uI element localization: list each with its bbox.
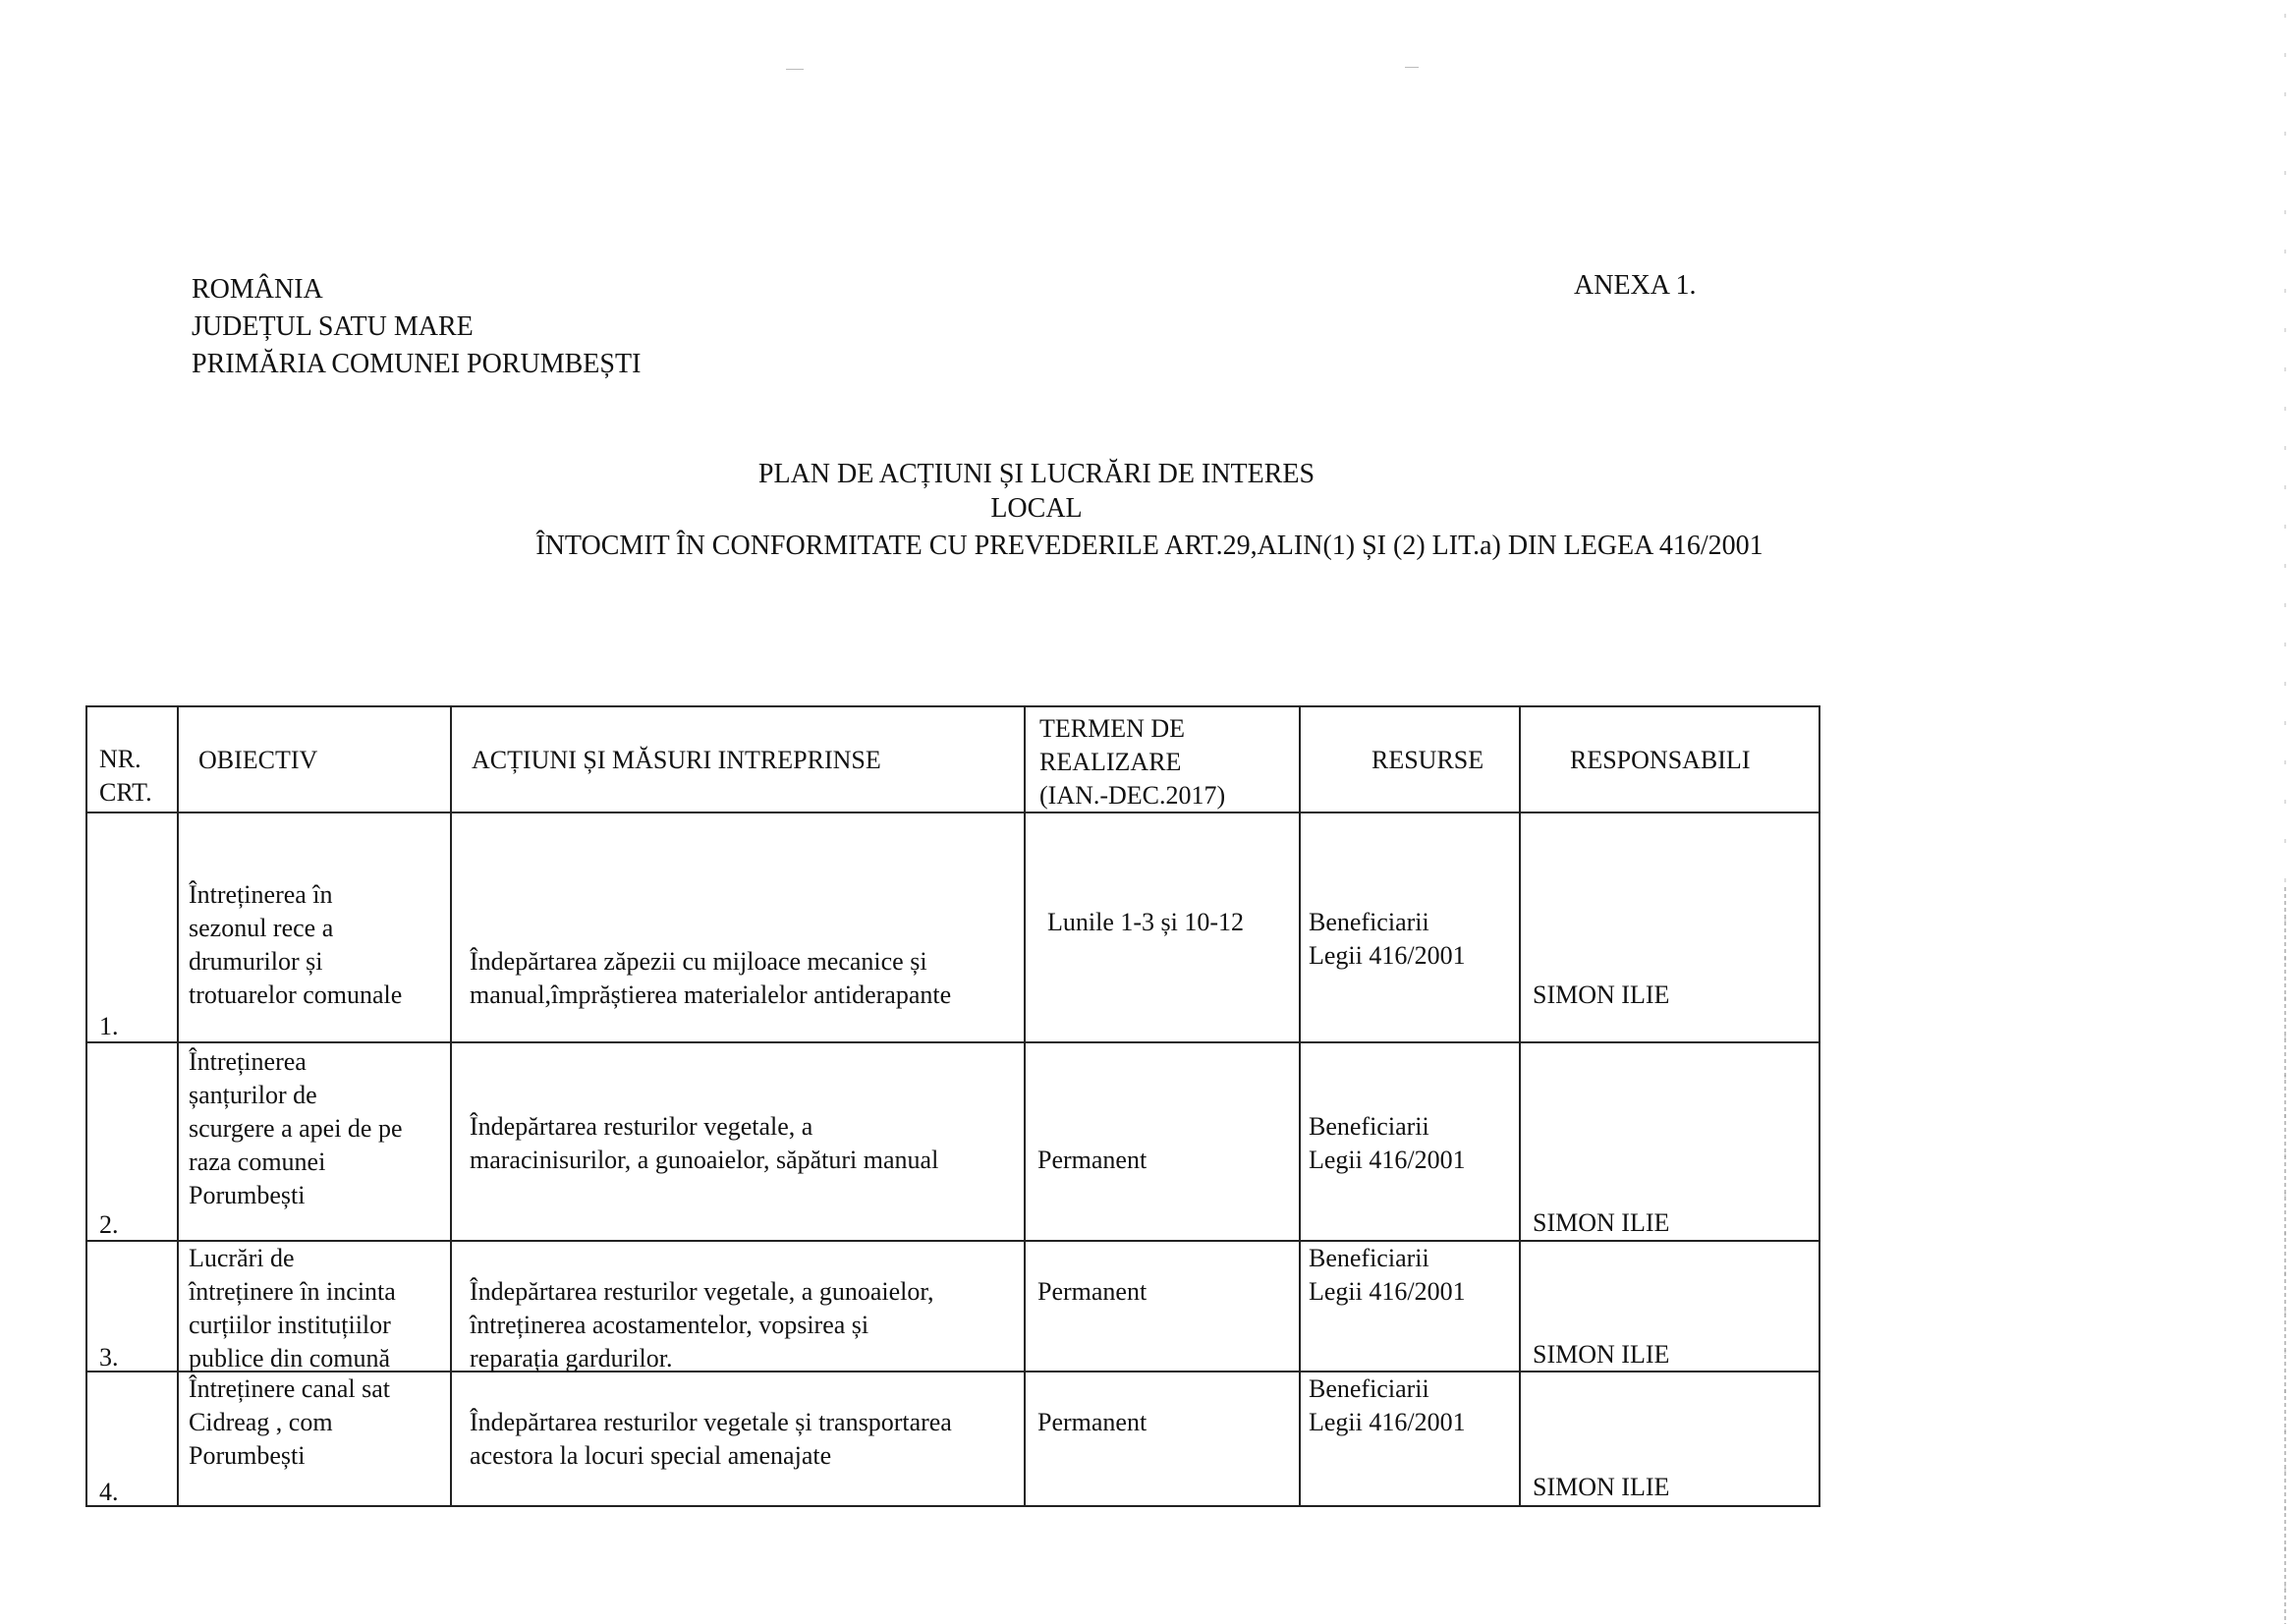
- column-header-text: TERMEN DE REALIZARE (IAN.-DEC.2017): [1039, 712, 1225, 812]
- responsible-text: SIMON ILIE: [1533, 1206, 1669, 1240]
- document-title-line1: PLAN DE ACȚIUNI ȘI LUCRĂRI DE INTERES: [648, 457, 1425, 492]
- objective-text: Întreținerea șanțurilor de scurgere a ap…: [189, 1045, 403, 1212]
- cell-objective: Întreținere canal sat Cidreag , com Poru…: [178, 1372, 451, 1506]
- resources-text: Beneficiarii Legii 416/2001: [1309, 1372, 1466, 1439]
- table-row: 2. Întreținerea șanțurilor de scurgere a…: [86, 1042, 1819, 1241]
- deadline-text: Permanent: [1037, 1406, 1147, 1439]
- scan-speck: [786, 69, 804, 70]
- column-header-text: NR. CRT.: [99, 743, 152, 810]
- row-number: 2.: [99, 1208, 119, 1242]
- resources-text: Beneficiarii Legii 416/2001: [1309, 906, 1466, 973]
- column-header-deadline: TERMEN DE REALIZARE (IAN.-DEC.2017): [1025, 706, 1300, 812]
- cell-nr: 3.: [86, 1241, 178, 1372]
- responsible-text: SIMON ILIE: [1533, 1471, 1669, 1504]
- objective-text: Întreținere canal sat Cidreag , com Poru…: [189, 1372, 390, 1473]
- deadline-text: Permanent: [1037, 1144, 1147, 1177]
- cell-resources: Beneficiarii Legii 416/2001: [1300, 1241, 1520, 1372]
- column-header-responsible: RESPONSABILI: [1520, 706, 1819, 812]
- annex-label: ANEXA 1.: [1574, 267, 1696, 305]
- resources-text: Beneficiarii Legii 416/2001: [1309, 1242, 1466, 1309]
- cell-actions: Îndepărtarea resturilor vegetale, a mara…: [451, 1042, 1025, 1241]
- table-row: 1. Întreținerea în sezonul rece a drumur…: [86, 812, 1819, 1042]
- table-row: 4. Întreținere canal sat Cidreag , com P…: [86, 1372, 1819, 1506]
- objective-text: Lucrări de întreținere în incinta curții…: [189, 1242, 396, 1375]
- responsible-text: SIMON ILIE: [1533, 979, 1669, 1012]
- cell-objective: Lucrări de întreținere în incinta curții…: [178, 1241, 451, 1372]
- column-header-text: ACȚIUNI ȘI MĂSURI INTREPRINSE: [472, 744, 881, 777]
- cell-resources: Beneficiarii Legii 416/2001: [1300, 812, 1520, 1042]
- table-header-row: NR. CRT. OBIECTIV ACȚIUNI ȘI MĂSURI INTR…: [86, 706, 1819, 812]
- cell-responsible: SIMON ILIE: [1520, 1372, 1819, 1506]
- header-country: ROMÂNIA: [192, 271, 323, 308]
- column-header-resources: RESURSE: [1300, 706, 1520, 812]
- cell-actions: Îndepărtarea resturilor vegetale și tran…: [451, 1372, 1025, 1506]
- resources-text: Beneficiarii Legii 416/2001: [1309, 1110, 1466, 1177]
- scan-edge-mark: [2284, 884, 2286, 1624]
- header-county: JUDEȚUL SATU MARE: [192, 308, 474, 346]
- cell-responsible: SIMON ILIE: [1520, 1241, 1819, 1372]
- cell-objective: Întreținerea șanțurilor de scurgere a ap…: [178, 1042, 451, 1241]
- column-header-text: RESPONSABILI: [1570, 744, 1750, 777]
- header-institution: PRIMĂRIA COMUNEI PORUMBEȘTI: [192, 346, 641, 383]
- deadline-text: Permanent: [1037, 1275, 1147, 1309]
- actions-text: Îndepărtarea resturilor vegetale, a mara…: [470, 1110, 938, 1177]
- cell-resources: Beneficiarii Legii 416/2001: [1300, 1372, 1520, 1506]
- actions-text: Îndepărtarea zăpezii cu mijloace mecanic…: [470, 945, 951, 1012]
- document-title-line2: LOCAL: [648, 491, 1425, 527]
- cell-deadline: Permanent: [1025, 1042, 1300, 1241]
- responsible-text: SIMON ILIE: [1533, 1338, 1669, 1372]
- cell-deadline: Lunile 1-3 și 10-12: [1025, 812, 1300, 1042]
- objective-text: Întreținerea în sezonul rece a drumurilo…: [189, 878, 402, 1012]
- cell-resources: Beneficiarii Legii 416/2001: [1300, 1042, 1520, 1241]
- column-header-text: RESURSE: [1371, 744, 1483, 777]
- cell-nr: 2.: [86, 1042, 178, 1241]
- row-number: 3.: [99, 1341, 119, 1374]
- deadline-text: Lunile 1-3 și 10-12: [1047, 906, 1244, 939]
- actions-text: Îndepărtarea resturilor vegetale și tran…: [470, 1406, 952, 1473]
- row-number: 1.: [99, 1010, 119, 1043]
- table-row: 3. Lucrări de întreținere în incinta cur…: [86, 1241, 1819, 1372]
- cell-responsible: SIMON ILIE: [1520, 812, 1819, 1042]
- column-header-text: OBIECTIV: [198, 744, 317, 777]
- cell-actions: Îndepărtarea zăpezii cu mijloace mecanic…: [451, 812, 1025, 1042]
- document-title-line3: ÎNTOCMIT ÎN CONFORMITATE CU PREVEDERILE …: [491, 529, 1808, 564]
- cell-nr: 4.: [86, 1372, 178, 1506]
- actions-text: Îndepărtarea resturilor vegetale, a guno…: [470, 1275, 934, 1375]
- scan-speck: [1405, 67, 1419, 68]
- cell-responsible: SIMON ILIE: [1520, 1042, 1819, 1241]
- column-header-objective: OBIECTIV: [178, 706, 451, 812]
- column-header-nr: NR. CRT.: [86, 706, 178, 812]
- cell-objective: Întreținerea în sezonul rece a drumurilo…: [178, 812, 451, 1042]
- cell-deadline: Permanent: [1025, 1241, 1300, 1372]
- cell-deadline: Permanent: [1025, 1372, 1300, 1506]
- row-number: 4.: [99, 1476, 119, 1509]
- cell-nr: 1.: [86, 812, 178, 1042]
- column-header-actions: ACȚIUNI ȘI MĂSURI INTREPRINSE: [451, 706, 1025, 812]
- cell-actions: Îndepărtarea resturilor vegetale, a guno…: [451, 1241, 1025, 1372]
- action-plan-table: NR. CRT. OBIECTIV ACȚIUNI ȘI MĂSURI INTR…: [85, 705, 1820, 1507]
